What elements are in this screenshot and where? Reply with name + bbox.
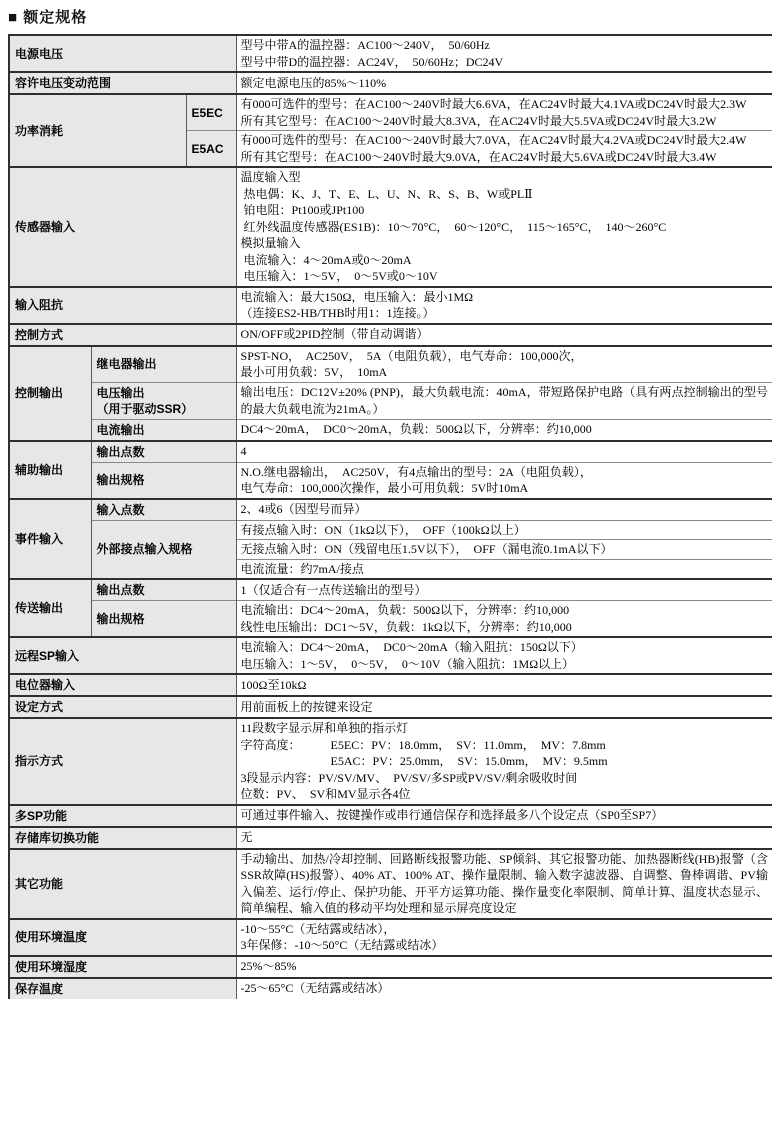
row-value: 电流流量：约7mA/接点 — [236, 559, 772, 579]
value-line: 可通过事件输入、按键操作或串行通信保存和选择最多八个设定点（SP0至SP7） — [241, 807, 768, 824]
row-label: 功率消耗 — [9, 94, 186, 167]
value-line: 电流输入：4～20mA或0～20mA — [241, 252, 768, 269]
row-label: 辅助输出 — [9, 441, 91, 499]
value-line: 无 — [241, 829, 768, 846]
value-line: 电压输入：1～5V， 0～5V， 0～10V（输入阻抗：1MΩ以上） — [241, 656, 768, 673]
value-line: 电流输入：最大150Ω，电压输入：最小1MΩ — [241, 289, 768, 306]
value-line: 25%～85% — [241, 958, 768, 975]
row-label: 远程SP输入 — [9, 637, 236, 674]
value-line: 4 — [241, 443, 768, 460]
row-value: 100Ω至10kΩ — [236, 674, 772, 696]
row-value: DC4～20mA， DC0～20mA，负载：500Ω以下，分辨率：约10,000 — [236, 419, 772, 441]
row-value: 用前面板上的按键来设定 — [236, 696, 772, 718]
section-title: ■ 额定规格 — [8, 6, 772, 27]
row-value: 电流输入：DC4～20mA， DC0～20mA（输入阻抗：150Ω以下） 电压输… — [236, 637, 772, 674]
value-line: 额定电源电压的85%～110% — [241, 75, 768, 92]
value-line: 最小可用负载：5V， 10mA — [241, 364, 768, 381]
sub-label-e5ac: E5AC — [186, 131, 236, 168]
row-value: 4 — [236, 441, 772, 463]
value-paragraph: 手动输出、加热/冷却控制、回路断线报警功能、SP倾斜、其它报警功能、加热器断线(… — [241, 851, 768, 917]
row-other-functions: 其它功能 手动输出、加热/冷却控制、回路断线报警功能、SP倾斜、其它报警功能、加… — [9, 849, 772, 919]
value-line: SPST-NO， AC250V， 5A（电阻负载），电气寿命：100,000次， — [241, 348, 768, 365]
row-control-output-voltage: 电压输出 （用于驱动SSR） 输出电压：DC12V±20% (PNP)，最大负载… — [9, 382, 772, 419]
row-power-supply-voltage: 电源电压 型号中带A的温控器：AC100～240V， 50/60Hz 型号中带D… — [9, 35, 772, 72]
row-value: 型号中带A的温控器：AC100～240V， 50/60Hz 型号中带D的温控器：… — [236, 35, 772, 72]
row-value: 2、4或6（因型号而异） — [236, 499, 772, 521]
row-label: 传送输出 — [9, 579, 91, 637]
row-control-output-current: 电流输出 DC4～20mA， DC0～20mA，负载：500Ω以下，分辨率：约1… — [9, 419, 772, 441]
row-value: 1（仅适合有一点传送输出的型号） — [236, 579, 772, 601]
value-line: 3年保修：-10～50°C（无结露或结冰） — [241, 937, 768, 954]
value-line: （连接ES2-HB/THB时用1：1连接。） — [241, 305, 768, 322]
row-label: 电位器输入 — [9, 674, 236, 696]
row-value: 无 — [236, 827, 772, 849]
row-label: 控制方式 — [9, 324, 236, 346]
row-control-method: 控制方式 ON/OFF或2PID控制（带自动调谐） — [9, 324, 772, 346]
row-voltage-fluctuation-range: 容许电压变动范围 额定电源电压的85%～110% — [9, 72, 772, 94]
value-line: -10～55°C（无结露或结冰）， — [241, 921, 768, 938]
sub-label-external-contact-spec: 外部接点输入规格 — [91, 520, 236, 579]
sub-label-output-spec: 输出规格 — [91, 601, 236, 638]
row-setting-method: 设定方式 用前面板上的按键来设定 — [9, 696, 772, 718]
row-value: -25～65°C（无结露或结冰） — [236, 978, 772, 999]
sub-label-output-points: 输出点数 — [91, 579, 236, 601]
sub-label-current-output: 电流输出 — [91, 419, 236, 441]
row-transfer-output-spec: 输出规格 电流输出：DC4～20mA，负载：500Ω以下，分辨率：约10,000… — [9, 601, 772, 638]
row-auxiliary-output-spec: 输出规格 N.O.继电器输出， AC250V，有4点输出的型号：2A（电阻负载）… — [9, 462, 772, 499]
row-label: 容许电压变动范围 — [9, 72, 236, 94]
value-line: 电流流量：约7mA/接点 — [241, 561, 768, 578]
value-line: N.O.继电器输出， AC250V，有4点输出的型号：2A（电阻负载）， — [241, 464, 768, 481]
row-value: 电流输入：最大150Ω，电压输入：最小1MΩ （连接ES2-HB/THB时用1：… — [236, 287, 772, 324]
sub-label-output-spec: 输出规格 — [91, 462, 236, 499]
row-value: 无接点输入时：ON（残留电压1.5V以下）， OFF（漏电流0.1mA以下） — [236, 540, 772, 560]
rated-spec-table: 电源电压 型号中带A的温控器：AC100～240V， 50/60Hz 型号中带D… — [8, 34, 772, 999]
value-line: 100Ω至10kΩ — [241, 677, 768, 694]
value-line: 电流输出：DC4～20mA，负载：500Ω以下，分辨率：约10,000 — [241, 602, 768, 619]
row-label: 存储库切换功能 — [9, 827, 236, 849]
value-line: 有接点输入时：ON（1kΩ以下）， OFF（100kΩ以上） — [241, 522, 768, 539]
row-ambient-operating-humidity: 使用环境湿度 25%～85% — [9, 956, 772, 978]
row-remote-sp-input: 远程SP输入 电流输入：DC4～20mA， DC0～20mA（输入阻抗：150Ω… — [9, 637, 772, 674]
value-line: 电气寿命：100,000次操作，最小可用负载：5V时10mA — [241, 480, 768, 497]
value-line: 11段数字显示屏和单独的指示灯 — [241, 720, 768, 737]
row-value: 有接点输入时：ON（1kΩ以下）， OFF（100kΩ以上） — [236, 520, 772, 540]
row-label: 使用环境温度 — [9, 919, 236, 956]
value-line: 用前面板上的按键来设定 — [241, 699, 768, 716]
row-value: 温度输入型 热电偶：K、J、T、E、L、U、N、R、S、B、W或PLⅡ 铂电阻：… — [236, 167, 772, 287]
sub-label-voltage-output: 电压输出 （用于驱动SSR） — [91, 382, 236, 419]
value-line: 型号中带A的温控器：AC100～240V， 50/60Hz — [241, 37, 768, 54]
row-label: 多SP功能 — [9, 805, 236, 827]
value-line: 红外线温度传感器(ES1B)：10～70°C， 60～120°C， 115～16… — [241, 219, 768, 236]
row-bank-switching-function: 存储库切换功能 无 — [9, 827, 772, 849]
row-value: 输出电压：DC12V±20% (PNP)，最大负载电流：40mA，带短路保护电路… — [236, 382, 772, 419]
row-indication-method: 指示方式 11段数字显示屏和单独的指示灯 字符高度： E5EC：PV：18.0m… — [9, 718, 772, 805]
row-sensor-input: 传感器输入 温度输入型 热电偶：K、J、T、E、L、U、N、R、S、B、W或PL… — [9, 167, 772, 287]
row-event-input-points: 事件输入 输入点数 2、4或6（因型号而异） — [9, 499, 772, 521]
row-control-output-relay: 控制输出 继电器输出 SPST-NO， AC250V， 5A（电阻负载），电气寿… — [9, 346, 772, 383]
row-value: 有000可选件的型号：在AC100～240V时最大6.6VA，在AC24V时最大… — [236, 94, 772, 131]
value-paragraph: 输出电压：DC12V±20% (PNP)，最大负载电流：40mA，带短路保护电路… — [241, 384, 768, 417]
value-line: 型号中带D的温控器：AC24V， 50/60Hz；DC24V — [241, 54, 768, 71]
row-label: 传感器输入 — [9, 167, 236, 287]
value-line: 2、4或6（因型号而异） — [241, 501, 768, 518]
row-value: 手动输出、加热/冷却控制、回路断线报警功能、SP倾斜、其它报警功能、加热器断线(… — [236, 849, 772, 919]
spec-sheet-page: ■ 额定规格 电源电压 型号中带A的温控器：AC100～240V， 50/60H… — [0, 0, 780, 999]
value-line: 有000可选件的型号：在AC100～240V时最大7.0VA，在AC24V时最大… — [241, 132, 768, 149]
value-line: 无接点输入时：ON（残留电压1.5V以下）， OFF（漏电流0.1mA以下） — [241, 541, 768, 558]
row-auxiliary-output-points: 辅助输出 输出点数 4 — [9, 441, 772, 463]
row-transfer-output-points: 传送输出 输出点数 1（仅适合有一点传送输出的型号） — [9, 579, 772, 601]
row-label: 控制输出 — [9, 346, 91, 441]
row-value: 电流输出：DC4～20mA，负载：500Ω以下，分辨率：约10,000 线性电压… — [236, 601, 772, 638]
row-label: 事件输入 — [9, 499, 91, 580]
row-ambient-operating-temperature: 使用环境温度 -10～55°C（无结露或结冰）， 3年保修：-10～50°C（无… — [9, 919, 772, 956]
row-value: 额定电源电压的85%～110% — [236, 72, 772, 94]
row-value: ON/OFF或2PID控制（带自动调谐） — [236, 324, 772, 346]
row-value: N.O.继电器输出， AC250V，有4点输出的型号：2A（电阻负载）， 电气寿… — [236, 462, 772, 499]
row-value: 25%～85% — [236, 956, 772, 978]
value-line: 有000可选件的型号：在AC100～240V时最大6.6VA，在AC24V时最大… — [241, 96, 768, 113]
row-label: 指示方式 — [9, 718, 236, 805]
value-line: E5AC：PV：25.0mm， SV：15.0mm， MV：9.5mm — [241, 753, 768, 770]
value-line: 电流输入：DC4～20mA， DC0～20mA（输入阻抗：150Ω以下） — [241, 639, 768, 656]
row-label: 输入阻抗 — [9, 287, 236, 324]
value-line: 铂电阻：Pt100或JPt100 — [241, 202, 768, 219]
row-label: 其它功能 — [9, 849, 236, 919]
value-line: 3段显示内容：PV/SV/MV、 PV/SV/多SP或PV/SV/剩余吸收时间 — [241, 770, 768, 787]
row-multi-sp-function: 多SP功能 可通过事件输入、按键操作或串行通信保存和选择最多八个设定点（SP0至… — [9, 805, 772, 827]
value-line: 电压输入：1～5V， 0～5V或0～10V — [241, 268, 768, 285]
row-potentiometer-input: 电位器输入 100Ω至10kΩ — [9, 674, 772, 696]
value-line: ON/OFF或2PID控制（带自动调谐） — [241, 326, 768, 343]
row-event-input-contact-spec: 外部接点输入规格 有接点输入时：ON（1kΩ以下）， OFF（100kΩ以上） — [9, 520, 772, 540]
row-value: 11段数字显示屏和单独的指示灯 字符高度： E5EC：PV：18.0mm， SV… — [236, 718, 772, 805]
row-value: -10～55°C（无结露或结冰）， 3年保修：-10～50°C（无结露或结冰） — [236, 919, 772, 956]
value-line: 线性电压输出：DC1～5V，负载：1kΩ以下，分辨率：约10,000 — [241, 619, 768, 636]
row-value: 有000可选件的型号：在AC100～240V时最大7.0VA，在AC24V时最大… — [236, 131, 772, 168]
sub-label-relay-output: 继电器输出 — [91, 346, 236, 383]
sub-label-output-points: 输出点数 — [91, 441, 236, 463]
row-label: 使用环境湿度 — [9, 956, 236, 978]
value-line: 字符高度： E5EC：PV：18.0mm， SV：11.0mm， MV：7.8m… — [241, 737, 768, 754]
row-label: 设定方式 — [9, 696, 236, 718]
row-storage-temperature: 保存温度 -25～65°C（无结露或结冰） — [9, 978, 772, 999]
row-input-impedance: 输入阻抗 电流输入：最大150Ω，电压输入：最小1MΩ （连接ES2-HB/TH… — [9, 287, 772, 324]
value-line: 位数：PV、 SV和MV显示各4位 — [241, 786, 768, 803]
value-line: 温度输入型 — [241, 169, 768, 186]
row-power-consumption-e5ec: 功率消耗 E5EC 有000可选件的型号：在AC100～240V时最大6.6VA… — [9, 94, 772, 131]
value-line: DC4～20mA， DC0～20mA，负载：500Ω以下，分辨率：约10,000 — [241, 421, 768, 438]
value-line: -25～65°C（无结露或结冰） — [241, 980, 768, 997]
value-line: 模拟量输入 — [241, 235, 768, 252]
row-value: 可通过事件输入、按键操作或串行通信保存和选择最多八个设定点（SP0至SP7） — [236, 805, 772, 827]
value-line: 热电偶：K、J、T、E、L、U、N、R、S、B、W或PLⅡ — [241, 186, 768, 203]
value-line: 所有其它型号：在AC100～240V时最大8.3VA，在AC24V时最大5.5V… — [241, 113, 768, 130]
sub-label-input-points: 输入点数 — [91, 499, 236, 521]
value-line: 所有其它型号：在AC100～240V时最大9.0VA，在AC24V时最大5.6V… — [241, 149, 768, 166]
sub-label-e5ec: E5EC — [186, 94, 236, 131]
row-value: SPST-NO， AC250V， 5A（电阻负载），电气寿命：100,000次，… — [236, 346, 772, 383]
row-label: 保存温度 — [9, 978, 236, 999]
row-label: 电源电压 — [9, 35, 236, 72]
value-line: 1（仅适合有一点传送输出的型号） — [241, 582, 768, 599]
